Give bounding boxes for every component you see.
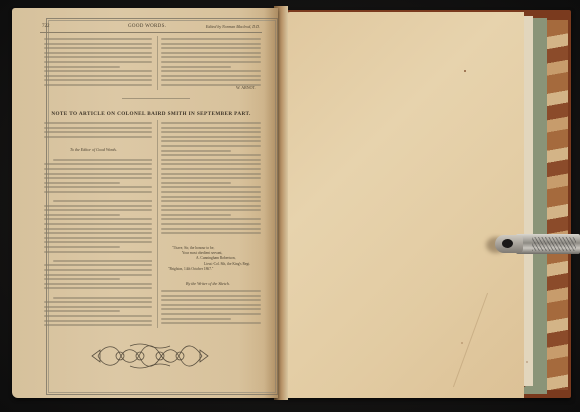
print-line: [44, 186, 152, 188]
print-line: [161, 318, 231, 320]
print-line: [44, 136, 152, 138]
print-line: [161, 79, 261, 81]
print-line: [161, 38, 261, 40]
print-line: [161, 218, 261, 220]
print-line: [53, 200, 152, 202]
print-line: [161, 56, 261, 58]
print-line: [161, 52, 261, 54]
print-line: [161, 299, 261, 301]
print-line: [44, 75, 152, 77]
print-line: [161, 70, 261, 72]
print-line: [44, 310, 120, 312]
print-line: [44, 70, 152, 72]
text-column-top-right: [161, 38, 261, 88]
print-line: [161, 131, 261, 133]
print-line: [161, 61, 261, 63]
running-header: 722 GOOD WORDS. Edited by Norman Macleod…: [40, 22, 262, 33]
print-line: [44, 168, 152, 170]
right-blank-page: [286, 12, 524, 398]
page-number: 722: [42, 24, 50, 29]
print-line: [44, 301, 152, 303]
print-line: [44, 320, 152, 322]
column-rule: [157, 120, 158, 328]
print-line: [44, 163, 152, 165]
print-line: [161, 43, 261, 45]
foxing-spot: [526, 361, 528, 363]
print-line: [44, 182, 120, 184]
print-line: [161, 214, 231, 216]
print-line: [44, 191, 152, 193]
print-line: [44, 66, 120, 68]
writer-heading: By the Writer of the Sketch.: [186, 281, 230, 286]
print-line: [53, 260, 152, 262]
print-line: [44, 122, 152, 124]
print-line: [161, 177, 261, 179]
print-line: [161, 186, 261, 188]
print-line: [44, 209, 152, 211]
print-line: [161, 200, 261, 202]
print-line: [161, 47, 261, 49]
print-line: [44, 38, 152, 40]
text-column-bottom-right-2: [161, 290, 261, 330]
section-divider: [122, 98, 190, 99]
print-line: [44, 228, 152, 230]
print-line: [161, 228, 261, 230]
print-line: [161, 196, 261, 198]
print-line: [161, 145, 261, 147]
print-line: [161, 159, 261, 161]
print-line: [161, 136, 261, 138]
print-line: [53, 297, 152, 299]
decorative-vignette-icon: [90, 340, 210, 372]
print-line: [44, 306, 152, 308]
print-line: [161, 322, 261, 324]
clasp-hole: [502, 239, 513, 248]
print-line: [161, 154, 261, 156]
foxing-spot: [464, 70, 466, 72]
print-line: [161, 168, 261, 170]
print-line: [161, 232, 261, 234]
print-line: [44, 43, 152, 45]
print-line: [44, 127, 152, 129]
print-line: [44, 56, 152, 58]
print-line: [161, 209, 261, 211]
print-line: [44, 79, 152, 81]
print-line: [44, 52, 152, 54]
print-line: [161, 140, 261, 142]
print-line: [44, 61, 152, 63]
print-line: [161, 66, 231, 68]
print-line: [161, 290, 261, 292]
print-line: [161, 223, 261, 225]
print-line: [161, 313, 261, 315]
print-line: [44, 173, 152, 175]
metal-book-clasp: [492, 231, 580, 257]
print-line: [161, 308, 261, 310]
print-line: [44, 251, 152, 253]
print-line: [161, 182, 231, 184]
print-line: [44, 131, 152, 133]
print-line: [161, 295, 261, 297]
print-line: [44, 214, 120, 216]
print-line: [44, 241, 152, 243]
print-line: [161, 150, 231, 152]
print-line: [44, 237, 152, 239]
text-column-bottom-left: [44, 122, 152, 330]
letter-closing: "I have, Sir, the honour to be, Your mos…: [168, 246, 260, 276]
editor-credit: Edited by Norman Macleod, D.D.: [206, 24, 260, 29]
print-line: [44, 47, 152, 49]
print-line: [53, 159, 152, 161]
print-line: [161, 191, 261, 193]
print-line: [161, 304, 261, 306]
print-line: [44, 177, 152, 179]
print-line: [161, 205, 261, 207]
text-column-bottom-right: [161, 122, 261, 240]
print-line: [161, 163, 261, 165]
text-column-top-left: [44, 38, 152, 88]
print-line: [161, 122, 261, 124]
print-line: [161, 127, 261, 129]
print-line: [44, 264, 152, 266]
column-rule: [157, 36, 158, 90]
print-line: [44, 232, 152, 234]
signature: W. ARNOT.: [236, 85, 256, 90]
clasp-engraving: [532, 237, 576, 251]
print-line: [44, 315, 152, 317]
print-line: [44, 274, 152, 276]
print-line: [44, 246, 120, 248]
salutation: To the Editor of Good Words.: [70, 147, 117, 152]
journal-title: GOOD WORDS.: [128, 24, 166, 29]
foxing-spot: [461, 342, 463, 344]
print-line: [44, 84, 152, 86]
print-line: [44, 278, 120, 280]
print-line: [161, 173, 261, 175]
print-line: [44, 218, 152, 220]
print-line: [44, 324, 152, 326]
print-line: [44, 223, 152, 225]
print-line: [44, 269, 152, 271]
print-line: [44, 205, 152, 207]
print-line: [161, 75, 261, 77]
closing-line: "Brighton, 14th October 1867.": [168, 267, 260, 272]
note-title: NOTE TO ARTICLE ON COLONEL BAIRD SMITH I…: [40, 111, 262, 117]
print-line: [44, 287, 152, 289]
print-line: [44, 283, 152, 285]
